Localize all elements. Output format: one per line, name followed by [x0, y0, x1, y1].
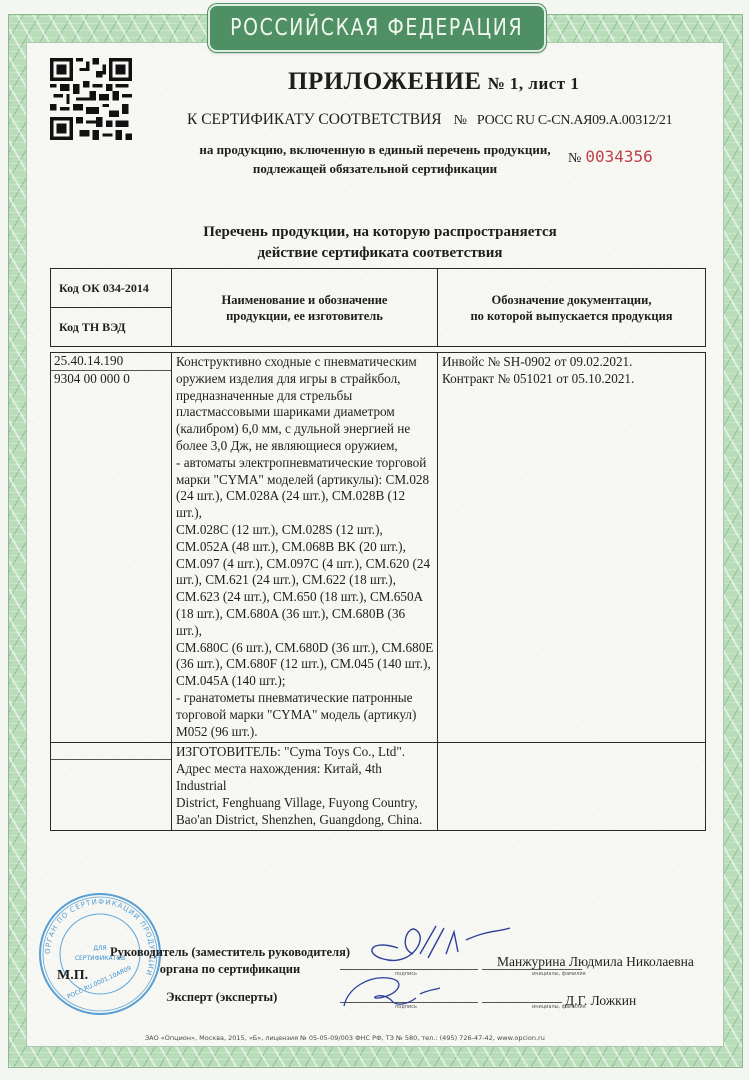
description-line: CM.028C (12 шт.), CM.028S (12 шт.),: [176, 522, 434, 539]
banner-title: РОССИЙСКАЯ ФЕДЕРАЦИЯ: [230, 15, 523, 41]
expert-label: Эксперт (эксперты): [166, 989, 277, 1006]
description-line: CM.052A (48 шт.), CM.068B BK (20 шт.),: [176, 539, 434, 556]
manufacturer-documentation-cell: [438, 743, 706, 831]
header-product-name-line-2: продукции, ее изготовитель: [172, 308, 437, 324]
description-line: CM.045A (140 шт.);: [176, 673, 434, 690]
manufacturer-name: ИЗГОТОВИТЕЛЬ: "Cyma Toys Co., Ltd".: [176, 744, 434, 761]
list-title-line-1: Перечень продукции, на которую распростр…: [150, 222, 610, 243]
description-line: более 3,0 Дж, не являющиеся оружием,: [176, 438, 434, 455]
appendix-number: № 1, лист 1: [488, 74, 580, 93]
description-line: Конструктивно сходные с пневматическим: [176, 354, 434, 371]
table-row: ИЗГОТОВИТЕЛЬ: "Cyma Toys Co., Ltd". Адре…: [51, 743, 706, 831]
expert-signature-icon: [338, 968, 448, 1010]
head-of-certification-body-label: Руководитель (заместитель руководителя) …: [100, 944, 360, 978]
expert-name-line: [482, 1002, 562, 1003]
subtitle-line-2: подлежащей обязательной сертификации: [180, 159, 570, 178]
appendix-title-text: ПРИЛОЖЕНИЕ: [288, 68, 482, 95]
description-line: предназначенные для стрельбы: [176, 388, 434, 405]
manufacturer-address-line: Bao'an District, Shenzhen, Guangdong, Ch…: [176, 812, 434, 829]
stamp-place-label: М.П.: [57, 968, 88, 984]
description-line: M052 (96 шт.).: [176, 724, 434, 741]
description-line: CM.680C (6 шт.), CM.680D (36 шт.), CM.68…: [176, 640, 434, 657]
code-tnved-value: 9304 00 000 0: [51, 371, 171, 388]
code-ok-value: 25.40.14.190: [51, 353, 171, 371]
empty-code-ok: [51, 743, 171, 760]
subtitle-line-1: на продукцию, включенную в единый перече…: [180, 140, 570, 159]
description-line: марки "CYMA" моделей (артикулы): CM.028: [176, 472, 434, 489]
description-line: CM.623 (24 шт.), CM.650 (18 шт.), CM.650…: [176, 589, 434, 606]
description-line: (калибром) 6,0 мм, с дульной энергией не: [176, 421, 434, 438]
appendix-title: ПРИЛОЖЕНИЕ№ 1, лист 1: [288, 68, 579, 96]
product-table-header: Код ОК 034-2014 Наименование и обозначен…: [50, 268, 706, 347]
header-code-tnved: Код ТН ВЭД: [51, 308, 172, 347]
manufacturer-codes-cell: [51, 743, 172, 831]
certificate-label: К СЕРТИФИКАТУ СООТВЕТСТВИЯ: [187, 111, 442, 128]
head-initials-caption: инициалы, фамилия: [532, 971, 586, 977]
description-line: шт.), CM.621 (24 шт.), CM.622 (18 шт.),: [176, 572, 434, 589]
header-product-name-line-1: Наименование и обозначение: [172, 292, 437, 308]
header-product-name: Наименование и обозначение продукции, ее…: [172, 269, 438, 347]
product-codes-cell: 25.40.14.190 9304 00 000 0: [51, 353, 172, 743]
list-title-line-2: действие сертификата соответствия: [150, 243, 610, 264]
certificate-no-sign: №: [454, 113, 467, 128]
description-line: торговой марки "CYMA" модель (артикул): [176, 707, 434, 724]
description-line: CM.097 (4 шт.), CM.097C (4 шт.), CM.620 …: [176, 556, 434, 573]
qr-code-icon: [50, 58, 132, 140]
banner-russian-federation: РОССИЙСКАЯ ФЕДЕРАЦИЯ: [208, 4, 546, 52]
certificate-reference: К СЕРТИФИКАТУ СООТВЕТСТВИЯ№РОСС RU С-CN.…: [187, 111, 672, 129]
serial-no-sign: №: [568, 151, 581, 166]
head-label-line-1: Руководитель (заместитель руководителя): [100, 944, 360, 961]
certificate-number: РОСС RU С-CN.АЯ09.А.00312/21: [477, 113, 672, 128]
description-line: (36 шт.), CM.680F (12 шт.), CM.045 (140 …: [176, 656, 434, 673]
description-line: оружием изделия для игры в страйкбол,: [176, 371, 434, 388]
manufacturer-cell: ИЗГОТОВИТЕЛЬ: "Cyma Toys Co., Ltd". Адре…: [172, 743, 438, 831]
expert-initials-caption: инициалы, фамилия: [532, 1004, 586, 1010]
head-full-name: Манжурина Людмила Николаевна: [497, 954, 694, 970]
manufacturer-address-line: District, Fenghuang Village, Fuyong Coun…: [176, 795, 434, 812]
header-documentation: Обозначение документации, по которой вып…: [438, 269, 706, 347]
head-signature-icon: [358, 918, 518, 968]
description-line: - гранатометы пневматические патронные: [176, 690, 434, 707]
product-scope-subtitle: на продукцию, включенную в единый перече…: [180, 140, 570, 178]
table-row: 25.40.14.190 9304 00 000 0 Конструктивно…: [51, 353, 706, 743]
product-description-cell: Конструктивно сходные с пневматическим о…: [172, 353, 438, 743]
documentation-invoice: Инвойс № SH-0902 от 09.02.2021.: [442, 354, 701, 371]
documentation-cell: Инвойс № SH-0902 от 09.02.2021. Контракт…: [438, 353, 706, 743]
description-line: - автоматы электропневматические торгово…: [176, 455, 434, 472]
product-table-body: 25.40.14.190 9304 00 000 0 Конструктивно…: [50, 352, 706, 831]
documentation-contract: Контракт № 051021 от 05.10.2021.: [442, 371, 701, 388]
head-label-line-2: органа по сертификации: [100, 961, 360, 978]
printer-footer: ЗАО «Опцион», Москва, 2015, «Б», лицензи…: [145, 1034, 545, 1042]
description-line: (24 шт.), CM.028A (24 шт.), CM.028B (12 …: [176, 488, 434, 522]
description-line: пластмассовыми шариками диаметром: [176, 404, 434, 421]
manufacturer-address-line: Адрес места нахождения: Китай, 4th Indus…: [176, 761, 434, 795]
header-documentation-line-2: по которой выпускается продукция: [438, 308, 705, 324]
product-list-title: Перечень продукции, на которую распростр…: [150, 222, 610, 264]
serial-number: 0034356: [585, 147, 652, 166]
header-documentation-line-1: Обозначение документации,: [438, 292, 705, 308]
header-code-ok: Код ОК 034-2014: [51, 269, 172, 308]
form-serial-number: №0034356: [568, 147, 653, 167]
description-line: (18 шт.), CM.680A (36 шт.), CM.680B (36 …: [176, 606, 434, 640]
